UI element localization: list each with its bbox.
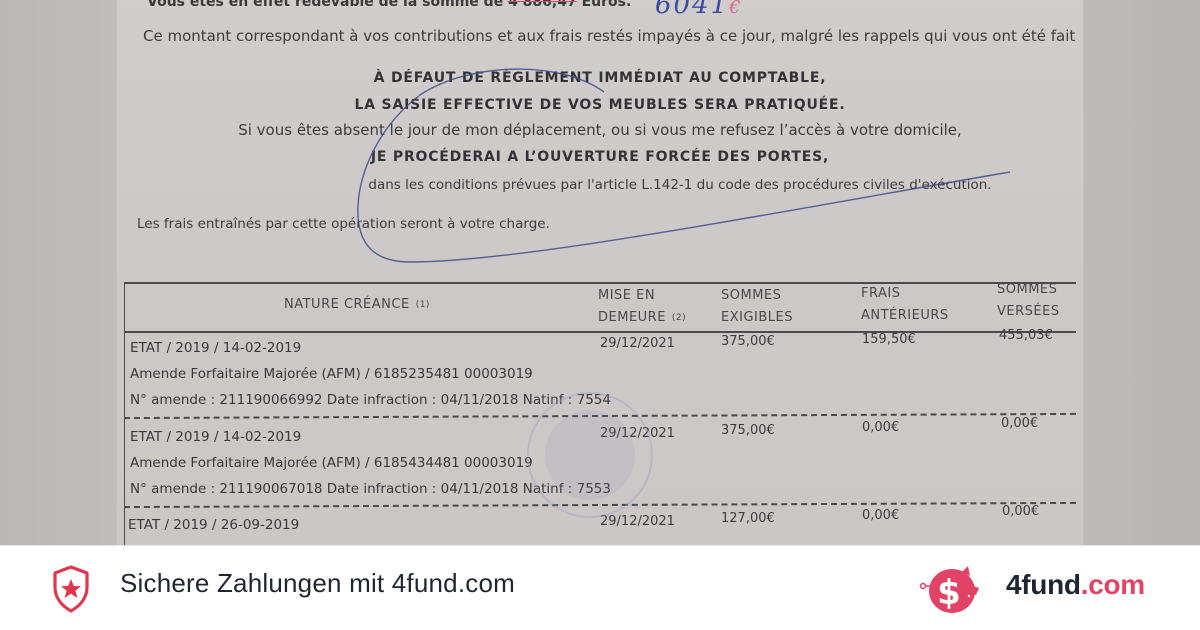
handwritten-note: 6041€ <box>655 0 743 20</box>
handwritten-amount: 6041 <box>655 0 729 20</box>
row-type: Amende Forfaitaire Majorée (AFM) / 61852… <box>130 366 533 382</box>
paper-sheet: Vous êtes en effet redevable de la somme… <box>117 0 1083 545</box>
absent-line: Si vous êtes absent le jour de mon dépla… <box>117 121 1083 139</box>
warning-line-2: LA SAISIE EFFECTIVE DE VOS MEUBLES SERA … <box>117 97 1083 113</box>
row-frais-anterieurs: 0,00€ <box>862 420 899 435</box>
row-detail: N° amende : 211190067018 Date infraction… <box>130 481 611 497</box>
shield-star-icon <box>52 565 90 613</box>
svg-text:$: $ <box>937 573 961 613</box>
row-frais-anterieurs: 0,00€ <box>862 508 899 523</box>
row-title: ETAT / 2019 / 26-09-2019 <box>128 517 299 533</box>
header-mise-en-demeure: MISE EN DEMEURE(2) <box>598 285 686 329</box>
header-sommes-versees: SOMMES VERSÉES <box>997 279 1060 323</box>
fees-line: Les frais entraînés par cette opération … <box>137 216 550 232</box>
header-nature: NATURE CRÉANCE(1) <box>284 294 430 316</box>
amount-value: 4 886,47 <box>508 0 577 10</box>
row-divider <box>124 502 1076 508</box>
brand-name[interactable]: 4fund.com <box>1006 569 1145 601</box>
row-sommes-exigibles: 375,00€ <box>721 334 775 349</box>
row-sommes-versees: 0,00€ <box>1001 416 1038 431</box>
row-frais-anterieurs: 159,50€ <box>862 332 916 347</box>
row-type: Amende Forfaitaire Majorée (AFM) / 61854… <box>130 455 533 471</box>
debts-table: NATURE CRÉANCE(1) MISE EN DEMEURE(2) SOM… <box>124 282 1076 545</box>
brand-part-1: 4fund <box>1006 569 1081 600</box>
secure-payments-text: Sichere Zahlungen mit 4fund.com <box>120 568 515 599</box>
row-mise-en-demeure: 29/12/2021 <box>600 336 675 351</box>
row-title: ETAT / 2019 / 14-02-2019 <box>130 340 301 356</box>
amount-line: Vous êtes en effet redevable de la somme… <box>147 0 631 10</box>
row-sommes-versees: 455,03€ <box>999 328 1053 343</box>
row-detail: N° amende : 211190066992 Date infraction… <box>130 392 611 408</box>
row-divider <box>124 413 1076 419</box>
warning-line-3: JE PROCÉDERAI A L’OUVERTURE FORCÉE DES P… <box>117 149 1083 165</box>
row-sommes-exigibles: 127,00€ <box>721 511 775 526</box>
piggy-bank-dollar-icon[interactable]: $ <box>918 562 984 616</box>
amount-prefix: Vous êtes en effet redevable de la somme… <box>147 0 503 10</box>
row-mise-en-demeure: 29/12/2021 <box>600 514 675 529</box>
contributions-line: Ce montant correspondant à vos contribut… <box>143 27 1075 45</box>
brand-part-2: .com <box>1081 569 1145 600</box>
footer-banner: Sichere Zahlungen mit 4fund.com $ 4fund.… <box>0 545 1200 630</box>
conditions-line: dans les conditions prévues par l'articl… <box>197 177 1163 193</box>
handwritten-currency: € <box>729 0 742 18</box>
row-sommes-exigibles: 375,00€ <box>721 423 775 438</box>
row-title: ETAT / 2019 / 14-02-2019 <box>130 429 301 445</box>
document-photo: Vous êtes en effet redevable de la somme… <box>0 0 1200 545</box>
amount-suffix: Euros. <box>582 0 632 10</box>
row-sommes-versees: 0,00€ <box>1002 504 1039 519</box>
row-mise-en-demeure: 29/12/2021 <box>600 426 675 441</box>
warning-line-1: À DÉFAUT DE RÈGLEMENT IMMÉDIAT AU COMPTA… <box>117 70 1083 86</box>
header-sommes-exigibles: SOMMES EXIGIBLES <box>721 285 793 329</box>
header-frais-anterieurs: FRAIS ANTÉRIEURS <box>861 283 949 327</box>
table-header-rule <box>124 331 1076 333</box>
